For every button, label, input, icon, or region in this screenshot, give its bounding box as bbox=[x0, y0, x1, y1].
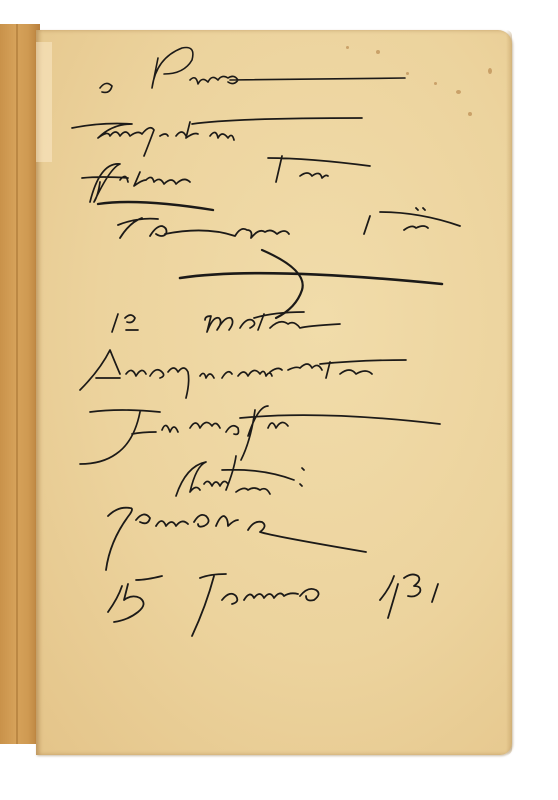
line-genova bbox=[106, 508, 366, 570]
line-fiorentino bbox=[82, 156, 370, 202]
line-inesplorato bbox=[72, 118, 362, 156]
signature-marinetti bbox=[118, 208, 460, 238]
line-avanguardista bbox=[80, 350, 406, 398]
handwritten-inscription bbox=[0, 0, 558, 800]
signature-flourish bbox=[262, 250, 303, 318]
line-a-pierro bbox=[100, 48, 405, 93]
line-ligure bbox=[176, 456, 304, 496]
signature-underline-bottom bbox=[180, 273, 442, 284]
line-futurista bbox=[80, 406, 440, 464]
signature-underline-top bbox=[98, 202, 213, 210]
inscription-ink bbox=[0, 0, 558, 800]
line-1a-mostra bbox=[112, 312, 340, 332]
line-date bbox=[108, 574, 438, 636]
